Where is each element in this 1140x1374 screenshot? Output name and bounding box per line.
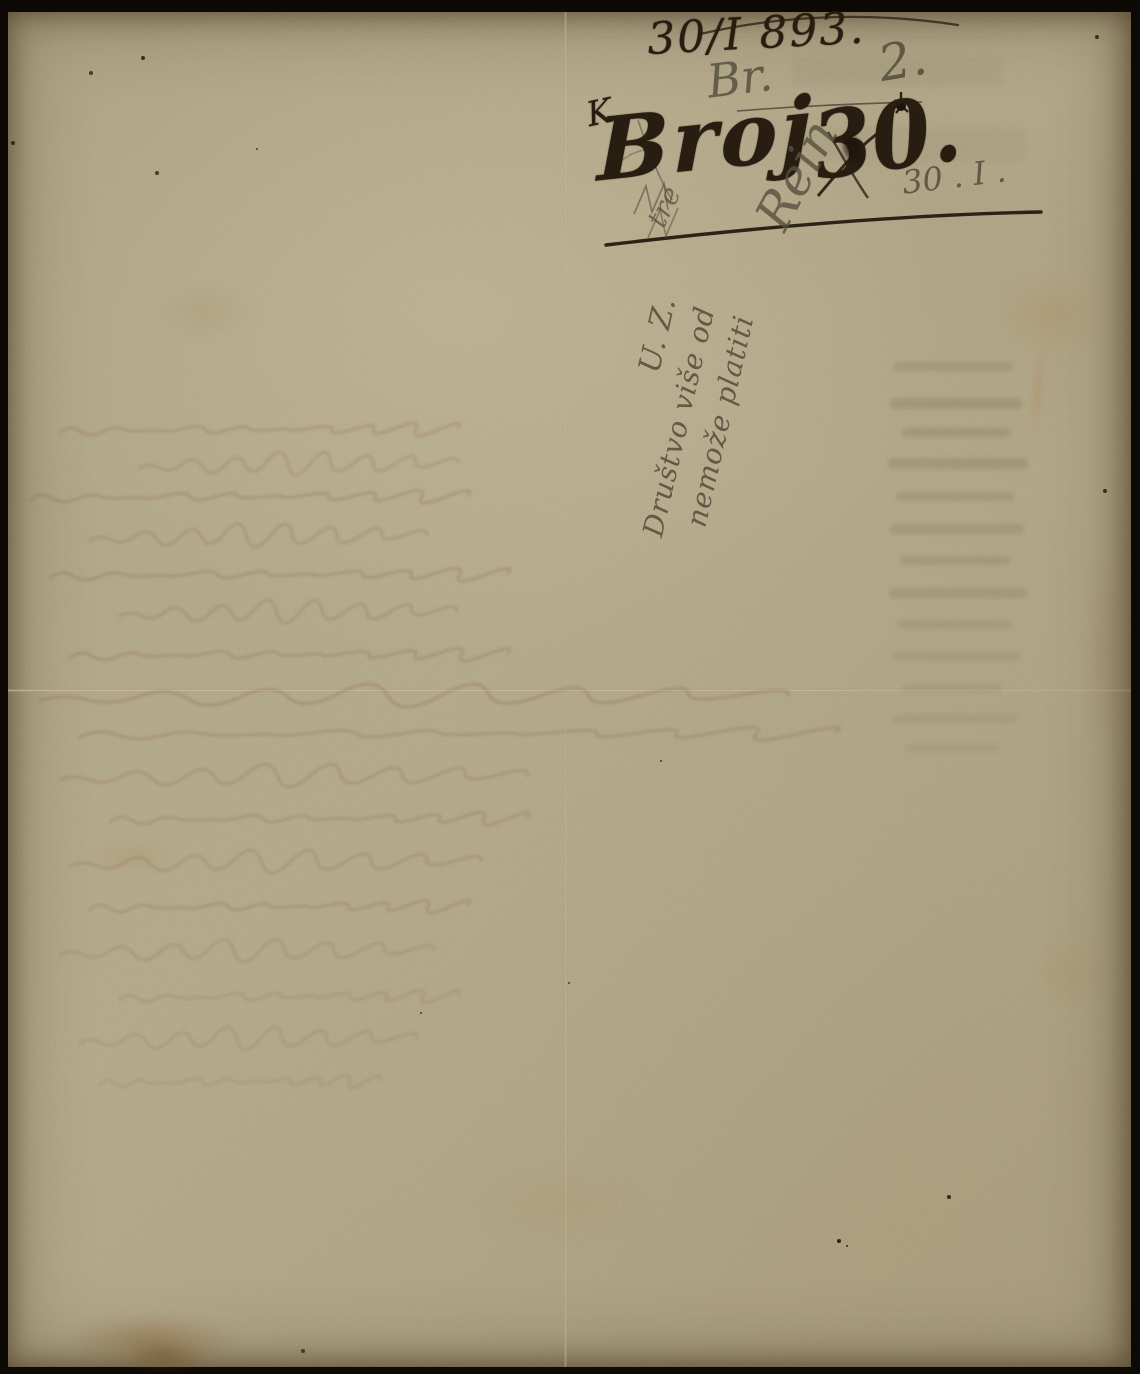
fold-line-vertical bbox=[564, 12, 567, 1367]
document-scan: 30/I 893. 2. Br. K. Broj 30. 30 . I . tr… bbox=[0, 0, 1140, 1374]
dust-specks bbox=[0, 0, 2, 2]
